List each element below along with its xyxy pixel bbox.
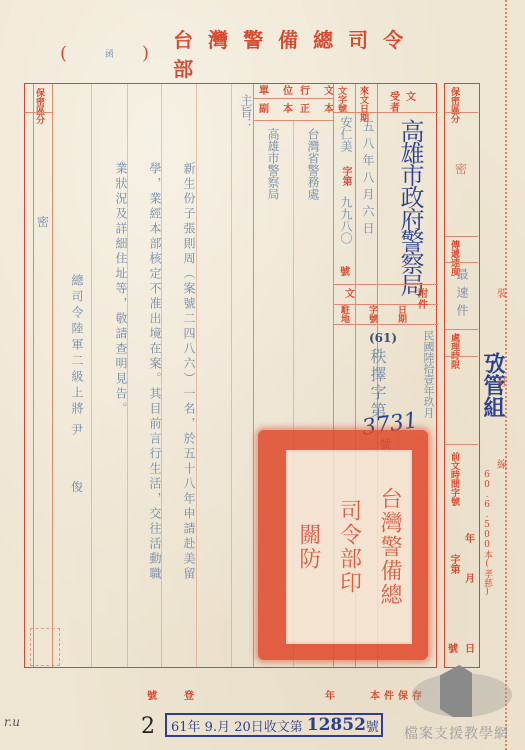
recipient-label: 受文者 [390, 92, 436, 114]
subject-line-2: 學，業經本部核定不准出境在案。其目前言行生活，交往活動職 [147, 162, 163, 582]
subject-line-1: 新生份子張則周（案號二四八六）一名，於五十八年申請赴美留 [181, 162, 197, 582]
prev-doc-label: 前文時間字號 [448, 452, 459, 506]
classification-value: 密 [37, 214, 49, 230]
deadline-label: 處理時限 [448, 333, 459, 369]
ref-date-label: 日期 [395, 305, 406, 323]
title-paren-open: ( [60, 43, 67, 64]
right-info-strip: 保密區分 密 傳遞速度 最速件 處理時限 前文時間字號 年 月 日 字第 號 [444, 83, 480, 668]
subject-line-3: 業狀況及詳細住址等，敬請查明見告。 [113, 162, 129, 417]
date-label: 來文日期 [357, 86, 368, 122]
receipt-suffix: 號 [366, 716, 379, 735]
incoming-reply-label: 附件 [418, 289, 436, 311]
classification-label: 保密區分 [33, 88, 44, 124]
bottom-label-year: 年 [325, 687, 335, 702]
prev-char-label: 字第 [448, 554, 459, 574]
number-prefix: 安仁美 [338, 116, 354, 152]
delivery-value: 最速件 [454, 268, 470, 322]
document-page: ( 函 ) 台灣警備總司令部 保密區分 密 主旨： 新生份子張則周（案號二四八六… [0, 0, 525, 750]
organization-name: 台灣警備總司令部 [173, 24, 420, 82]
bottom-label-register: 登 [184, 687, 194, 702]
prev-month-label: 月 [465, 574, 475, 585]
document-title: ( 函 ) 台灣警備總司令部 [60, 38, 420, 68]
strip-classification-value: 密 [455, 160, 467, 177]
incoming-doc-label: 文 [345, 289, 355, 300]
signature-title: 總司令陸軍二級上將 [69, 274, 85, 418]
signature-surname: 尹 [71, 422, 83, 438]
recipient-unit-main: 台灣省警務處 [305, 128, 321, 200]
margin-scribble: r.u [4, 715, 20, 729]
ref-prefix: (61) [369, 330, 397, 346]
book-keyhole-icon [440, 665, 472, 717]
doc-type: 函 [105, 47, 114, 60]
prev-hao-label: 號 [448, 644, 458, 655]
number-suffix: 號 [340, 267, 350, 278]
receipt-number: 12852 [307, 715, 366, 735]
binding-label-2: 訂 [497, 374, 507, 389]
recipient-handwritten: 高雄市政府警察局 [393, 119, 428, 295]
bottom-label-number: 號 [147, 687, 157, 702]
form-print-info: 60.6.500本(孝慈) [481, 470, 494, 597]
binding-label-1: 裝 [497, 285, 507, 300]
seal-line-1: 台灣警備總 [374, 487, 405, 607]
number-char: 字第 [340, 166, 351, 186]
number-label: 文字號 [335, 86, 346, 113]
recipient-unit-copy: 高雄市警察局 [265, 128, 281, 200]
location-label: 駐地 [338, 305, 349, 323]
subject-label: 主旨： [238, 94, 254, 130]
prev-day-label: 日 [465, 644, 475, 655]
ref-number-label: 字號 [366, 305, 377, 323]
small-seal-stamp [30, 628, 60, 666]
prev-year-label: 年 [465, 534, 475, 545]
title-paren-close: ) [142, 43, 149, 64]
margin-note: 2 [141, 714, 155, 739]
number-value: 九九八〇 [338, 196, 354, 244]
strip-classification-label: 保密區分 [448, 87, 459, 123]
archive-watermark: 檔案支援教學網 [398, 665, 523, 750]
ref-text: 秩擇字第 [369, 348, 385, 420]
signature-given-name: 俊 [71, 479, 83, 495]
receipt-prefix: 61年 9.月 20日收文第 [171, 716, 303, 735]
seal-line-2: 司令部印 [333, 499, 364, 595]
seal-inscription: 台灣警備總 司令部印 關防 [286, 450, 412, 644]
official-seal: 台灣警備總 司令部印 關防 [258, 430, 428, 660]
date-value: 五八年八月六日 [360, 120, 376, 239]
binding-label-3: 線 [497, 456, 507, 471]
receipt-stamp: 61年 9.月 20日收文第 12852 號 [165, 713, 383, 737]
watermark-text: 檔案支援教學網 [404, 723, 509, 743]
seal-line-3: 關防 [293, 523, 324, 571]
ref-date-stamp: 民國陸拾壹年玖月 [420, 330, 436, 418]
